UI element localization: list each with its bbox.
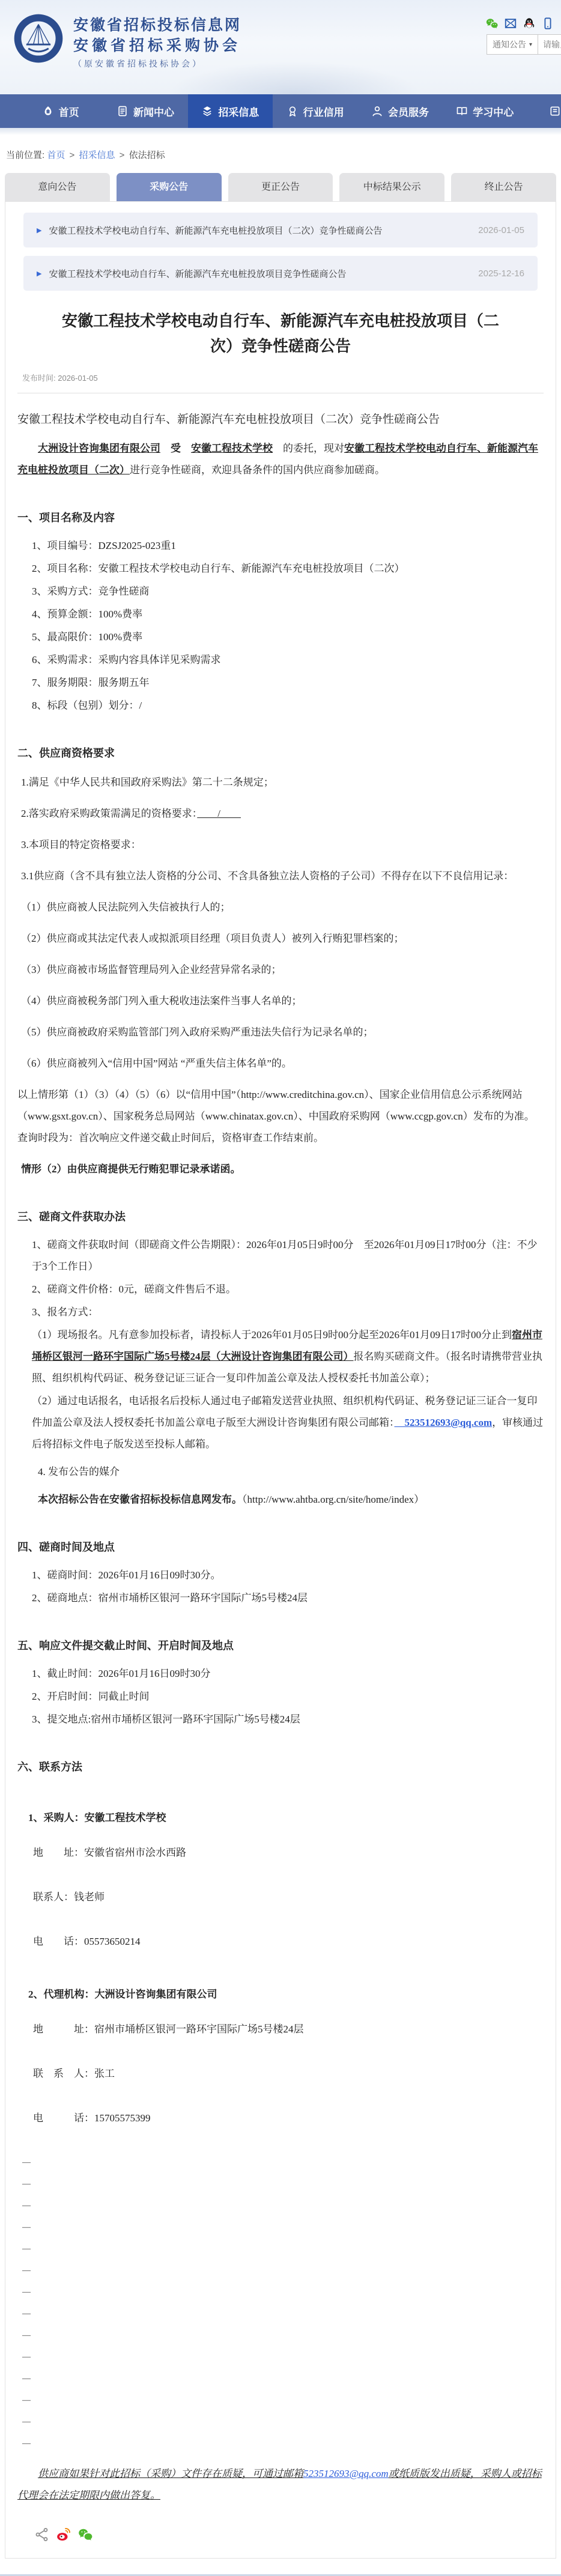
text-segment: （http://www.ahtba.org.cn/site/home/index…	[242, 1494, 424, 1505]
nav-item-home[interactable]: 首页	[18, 94, 103, 128]
nav-shadow	[0, 128, 561, 135]
paragraph: 地 址：宿州市埇桥区银河一路环宇国际广场5号楼24层	[17, 2019, 544, 2040]
list-item[interactable]: ▶安徽工程技术学校电动自行车、新能源汽车充电桩投放项目竞争性磋商公告2025-1…	[23, 256, 538, 291]
main-nav: 首页新闻中心招采信息行业信用会员服务学习中心	[0, 94, 561, 128]
announcement-title: 安徽工程技术学校电动自行车、新能源汽车充电桩投放项目竞争性磋商公告	[49, 267, 469, 280]
paragraph: 供应商如果针对此招标（采购）文件存在质疑，可通过邮箱523512693@qq.c…	[17, 2463, 544, 2506]
text-segment: 6、采购需求：采购内容具体详见采购需求	[32, 654, 221, 665]
text-segment: （2）供应商或其法定代表人或拟派项目经理（项目负责人）被列入行贿犯罪档案的；	[21, 933, 404, 944]
paragraph: 5、最高限价：100%费率	[17, 626, 544, 648]
paragraph: 4. 发布公告的媒介	[17, 1461, 544, 1483]
text-segment: 2、磋商地点：宿州市埇桥区银河一路环宇国际广场5号楼24层	[32, 1592, 308, 1604]
nav-item-news[interactable]: 新闻中心	[103, 94, 187, 128]
paragraph: 1、磋商文件获取时间（即磋商文件公告期限）：2026年01月05日9时00分 至…	[17, 1234, 544, 1277]
text-segment: （1）供应商被人民法院列入失信被执行人的；	[21, 902, 231, 913]
text-segment: 7、服务期限：服务期五年	[32, 677, 150, 688]
announcement-list: ▶安徽工程技术学校电动自行车、新能源汽车充电桩投放项目（二次）竞争性磋商公告20…	[5, 213, 556, 291]
dash-line: —	[17, 2347, 544, 2368]
text-segment: 以上情形第（1）（3）（4）（5）（6）以“信用中国”（http://www.c…	[17, 1089, 535, 1144]
tab-意向公告[interactable]: 意向公告	[5, 173, 110, 201]
text-segment: （6）供应商被列入“信用中国”网站 “严重失信主体名单”的。	[21, 1058, 292, 1069]
paragraph: 7、服务期限：服务期五年	[17, 672, 544, 694]
tab-采购公告[interactable]: 采购公告	[117, 173, 222, 201]
text-segment: 电 话：05573650214	[33, 1936, 141, 1947]
paragraph: 地 址：安徽省宿州市浍水西路	[17, 1842, 544, 1864]
paragraph: （6）供应商被列入“信用中国”网站 “严重失信主体名单”的。	[17, 1053, 544, 1074]
paragraph: 1、采购人：安徽工程技术学校	[17, 1807, 544, 1829]
text-segment: （5）供应商被政府采购监管部门列入政府采购严重违法失信行为记录名单的；	[21, 1026, 374, 1038]
text-segment: 安徽工程技术学校	[191, 443, 273, 454]
mobile-icon[interactable]	[541, 17, 554, 30]
search-category-value: 通知公告	[493, 38, 526, 50]
text-segment: 1、磋商文件获取时间（即磋商文件公告期限）：2026年01月05日9时00分 至…	[32, 1239, 538, 1272]
paragraph: 情形（2）由供应商提供无行贿犯罪记录承诺函。	[17, 1159, 544, 1180]
paragraph: 1.满足《中华人民共和国政府采购法》第二十二条规定；	[17, 772, 544, 793]
news-icon	[117, 105, 129, 117]
mail-icon[interactable]	[504, 17, 517, 30]
announcement-date: 2026-01-05	[478, 225, 524, 235]
wechat-icon[interactable]	[485, 17, 499, 30]
text-segment: 2、项目名称：安徽工程技术学校电动自行车、新能源汽车充电桩投放项目（二次）	[32, 563, 405, 574]
paragraph: 2、磋商文件价格：0元，磋商文件售后不退。	[17, 1279, 544, 1300]
nav-item-member[interactable]: 会员服务	[357, 94, 442, 128]
paragraph: 3.本项目的特定资格要求：	[17, 834, 544, 856]
article: 安徽工程技术学校电动自行车、新能源汽车充电桩投放项目（二次）竞争性磋商公告 发布…	[5, 309, 556, 2542]
section-heading: 一、项目名称及内容	[17, 509, 544, 527]
section-heading: 二、供应商资格要求	[17, 744, 544, 762]
content-panel: ▶安徽工程技术学校电动自行车、新能源汽车充电桩投放项目（二次）竞争性磋商公告20…	[5, 201, 556, 2559]
paragraph: 2、项目名称：安徽工程技术学校电动自行车、新能源汽车充电桩投放项目（二次）	[17, 558, 544, 580]
text-segment: 地 址：安徽省宿州市浍水西路	[33, 1847, 186, 1858]
publish-time: 发布时间: 2026-01-05	[22, 372, 544, 383]
site-titles: 安徽省招标投标信息网 安徽省招标采购协会 （原安徽省招标投标协会）	[73, 15, 241, 71]
email-link[interactable]: 523512693@qq.com	[303, 2468, 389, 2479]
paragraph: 电 话：05573650214	[17, 1931, 544, 1953]
weibo-icon[interactable]	[56, 2527, 71, 2542]
share-row	[17, 2506, 544, 2542]
dash-line: —	[17, 2390, 544, 2411]
paragraph: 本次招标公告在安徽省招标投标信息网发布。（http://www.ahtba.or…	[17, 1489, 544, 1511]
dash-line: —	[17, 2195, 544, 2217]
text-segment: 四、磋商时间及地点	[17, 1541, 115, 1553]
home-icon	[42, 105, 54, 117]
paragraph: （3）供应商被市场监督管理局列入企业经营异常名录的；	[17, 959, 544, 981]
text-segment: 4、预算金额：100%费率	[32, 608, 142, 620]
dash-line: —	[17, 2303, 544, 2325]
list-item[interactable]: ▶安徽工程技术学校电动自行车、新能源汽车充电桩投放项目（二次）竞争性磋商公告20…	[23, 213, 538, 247]
dash-line: —	[17, 2282, 544, 2303]
site-title-line3: （原安徽省招标投标协会）	[73, 56, 241, 71]
text-segment: 本次招标公告在安徽省招标投标信息网发布。	[38, 1494, 242, 1505]
paragraph: 1、磋商时间：2026年01月16日09时30分。	[17, 1565, 544, 1586]
article-body: 安徽工程技术学校电动自行车、新能源汽车充电桩投放项目（二次）竞争性磋商公告大洲设…	[17, 409, 544, 2506]
text-segment: 2、代理机构：大洲设计咨询集团有限公司	[28, 1989, 217, 2000]
dash-line: —	[17, 2411, 544, 2433]
text-segment: 大洲设计咨询集团有限公司	[38, 443, 160, 454]
paragraph: 电 话：15705575399	[17, 2108, 544, 2129]
site-header: 安徽省招标投标信息网 安徽省招标采购协会 （原安徽省招标投标协会） 通知公告 ▾	[0, 0, 561, 94]
announcement-title: 安徽工程技术学校电动自行车、新能源汽车充电桩投放项目（二次）竞争性磋商公告	[49, 224, 469, 237]
paragraph: 1、截止时间：2026年01月16日09时30分	[17, 1663, 544, 1685]
search-input[interactable]	[538, 34, 561, 55]
text-segment: 1、截止时间：2026年01月16日09时30分	[32, 1668, 211, 1679]
member-icon	[371, 105, 383, 117]
nav-item-label: 首页	[59, 104, 79, 119]
bidding-icon	[201, 105, 213, 117]
text-segment: 一、项目名称及内容	[17, 512, 115, 524]
dash-line: —	[17, 2368, 544, 2390]
paragraph: 1、项目编号：DZSJ2025-023重1	[17, 535, 544, 557]
paragraph: （1）现场报名。凡有意参加投标者，请投标人于2026年01月05日9时00分起至…	[17, 1324, 544, 1389]
site-title-line1: 安徽省招标投标信息网	[73, 15, 241, 35]
breadcrumb-separator: >	[70, 150, 75, 160]
paragraph: 8、标段（包别）划分：/	[17, 695, 544, 717]
paragraph: 联 系 人：张工	[17, 2063, 544, 2085]
section-heading: 五、响应文件提交截止时间、开启时间及地点	[17, 1637, 544, 1655]
text-segment: 3.1供应商（含不具有独立法人资格的分公司、不含具备独立法人资格的子公司）不得存…	[21, 870, 514, 882]
partial-nav-icon	[527, 94, 561, 128]
search-category-select[interactable]: 通知公告 ▾	[487, 34, 538, 55]
text-segment: 2.落实政府采购政策需满足的资格要求：	[21, 808, 197, 819]
chevron-down-icon: ▾	[529, 41, 532, 48]
section-heading: 四、磋商时间及地点	[17, 1538, 544, 1556]
text-segment: 3、提交地点:宿州市埇桥区银河一路环宇国际广场5号楼24层	[32, 1714, 300, 1725]
association-logo	[13, 13, 64, 67]
tab-终止公告[interactable]: 终止公告	[451, 173, 556, 201]
text-segment: 安徽工程技术学校电动自行车、新能源汽车充电桩投放项目（二次）竞争性磋商公告	[17, 413, 440, 426]
text-segment: 三、磋商文件获取办法	[17, 1211, 126, 1223]
paragraph: （4）供应商被税务部门列入重大税收违法案件当事人名单的；	[17, 990, 544, 1012]
text-segment: 2、磋商文件价格：0元，磋商文件售后不退。	[32, 1283, 236, 1295]
text-segment: 二、供应商资格要求	[17, 747, 115, 759]
breadcrumb: 当前位置: 首页 > 招采信息 > 依法招标	[0, 135, 561, 173]
paragraph: （1）供应商被人民法院列入失信被执行人的；	[17, 897, 544, 918]
credit-icon	[287, 105, 299, 117]
search-row: 通知公告 ▾	[487, 34, 561, 55]
divider	[17, 393, 544, 393]
wechat-share-icon[interactable]	[77, 2527, 93, 2542]
paragraph: 大洲设计咨询集团有限公司 受 安徽工程技术学校 的委托，现对安徽工程技术学校电动…	[17, 438, 544, 481]
arrow-right-icon: ▶	[37, 226, 41, 234]
paragraph: 2、开启时间：同截止时间	[17, 1686, 544, 1708]
nav-item-label: 行业信用	[303, 104, 344, 119]
paragraph: 3、提交地点:宿州市埇桥区银河一路环宇国际广场5号楼24层	[17, 1709, 544, 1730]
announcement-date: 2025-12-16	[478, 268, 524, 279]
breadcrumb-current: 依法招标	[129, 150, 165, 160]
text-segment: 8、标段（包别）划分：/	[32, 700, 142, 711]
breadcrumb-home-link[interactable]: 首页	[47, 150, 65, 160]
email-link[interactable]: 523512693@qq.com	[395, 1417, 493, 1428]
dash-line: —	[17, 2217, 544, 2238]
publish-label: 发布时间:	[22, 374, 58, 383]
text-segment: 1.满足《中华人民共和国政府采购法》第二十二条规定；	[21, 777, 274, 788]
paragraph: 联系人：钱老师	[17, 1887, 544, 1908]
section-heading: 六、联系方法	[17, 1758, 544, 1776]
text-segment: 五、响应文件提交截止时间、开启时间及地点	[17, 1640, 234, 1652]
nav-item-label: 新闻中心	[133, 104, 174, 119]
arrow-right-icon: ▶	[37, 270, 41, 277]
text-segment: 1、磋商时间：2026年01月16日09时30分。	[32, 1569, 221, 1581]
dash-line: —	[17, 2260, 544, 2282]
text-segment: 的委托，现对	[273, 443, 344, 454]
nav-item-study[interactable]: 学习中心	[443, 94, 527, 128]
dash-line: —	[17, 2238, 544, 2260]
text-segment: 情形（2）由供应商提供无行贿犯罪记录承诺函。	[21, 1163, 241, 1175]
tab-中标结果公示[interactable]: 中标结果公示	[339, 173, 444, 201]
text-segment: 地 址：宿州市埇桥区银河一路环宇国际广场5号楼24层	[33, 2023, 304, 2035]
qq-icon[interactable]	[523, 17, 536, 30]
text-segment: 3.本项目的特定资格要求：	[21, 839, 141, 850]
dash-line: —	[17, 2174, 544, 2195]
paragraph: （2）供应商或其法定代表人或拟派项目经理（项目负责人）被列入行贿犯罪档案的；	[17, 928, 544, 950]
share-nodes-icon[interactable]	[34, 2527, 50, 2542]
dash-line: —	[17, 2433, 544, 2455]
paragraph: 3、报名方式：	[17, 1302, 544, 1323]
dash-line: —	[17, 2325, 544, 2347]
text-segment: （1）现场报名。凡有意参加投标者，请投标人于2026年01月05日9时00分起至…	[32, 1329, 512, 1341]
text-segment: （3）供应商被市场监督管理局列入企业经营异常名录的；	[21, 964, 282, 975]
text-segment: 电 话：15705575399	[33, 2112, 151, 2124]
text-segment: 3、报名方式：	[32, 1306, 99, 1318]
breadcrumb-label: 当前位置:	[6, 150, 47, 160]
text-segment: 2、开启时间：同截止时间	[32, 1691, 150, 1702]
nav-item-bidding[interactable]: 招采信息	[188, 94, 273, 128]
paragraph: 2、磋商地点：宿州市埇桥区银河一路环宇国际广场5号楼24层	[17, 1587, 544, 1609]
paragraph: （5）供应商被政府采购监管部门列入政府采购严重违法失信行为记录名单的；	[17, 1022, 544, 1043]
breadcrumb-section-link[interactable]: 招采信息	[79, 150, 115, 160]
paragraph: 3、采购方式：竞争性磋商	[17, 581, 544, 602]
page: 安徽省招标投标信息网 安徽省招标采购协会 （原安徽省招标投标协会） 通知公告 ▾…	[0, 0, 561, 2576]
dash-line: —	[17, 2152, 544, 2174]
text-segment: 1、项目编号：DZSJ2025-023重1	[32, 540, 176, 551]
quick-icons	[485, 17, 554, 30]
text-segment: 六、联系方法	[17, 1761, 82, 1773]
text-segment: （4）供应商被税务部门列入重大税收违法案件当事人名单的；	[21, 995, 302, 1007]
paragraph: 3.1供应商（含不具有独立法人资格的分公司、不含具备独立法人资格的子公司）不得存…	[17, 865, 544, 887]
text-segment: 联 系 人：张工	[33, 2068, 115, 2079]
paragraph: 2、代理机构：大洲设计咨询集团有限公司	[17, 1984, 544, 2005]
site-title-line2: 安徽省招标采购协会	[73, 35, 241, 56]
text-segment: 联系人：钱老师	[33, 1891, 105, 1903]
publish-date: 2026-01-05	[58, 374, 98, 383]
text-segment: 进行竞争性磋商，欢迎具备条件的国内供应商参加磋商。	[130, 464, 385, 476]
breadcrumb-separator: >	[120, 150, 125, 160]
page-title: 安徽工程技术学校电动自行车、新能源汽车充电桩投放项目（二次）竞争性磋商公告	[53, 309, 508, 359]
paragraph: 2.落实政府采购政策需满足的资格要求： /	[17, 803, 544, 825]
nav-item-credit[interactable]: 行业信用	[273, 94, 357, 128]
study-icon	[456, 105, 468, 117]
paragraph: 以上情形第（1）（3）（4）（5）（6）以“信用中国”（http://www.c…	[17, 1084, 544, 1149]
paragraph: 4、预算金额：100%费率	[17, 604, 544, 625]
text-segment: 3、采购方式：竞争性磋商	[32, 586, 150, 597]
category-tabs: 意向公告采购公告更正公告中标结果公示终止公告	[0, 173, 561, 201]
nav-item-label: 会员服务	[388, 104, 429, 119]
text-segment: 4. 发布公告的媒介	[38, 1466, 120, 1477]
section-heading: 三、磋商文件获取办法	[17, 1208, 544, 1226]
nav-item-label: 学习中心	[473, 104, 514, 119]
nav-item-label: 招采信息	[218, 104, 259, 119]
text-segment: 5、最高限价：100%费率	[32, 631, 142, 643]
paragraph: 6、采购需求：采购内容具体详见采购需求	[17, 649, 544, 671]
tab-更正公告[interactable]: 更正公告	[228, 173, 333, 201]
text-segment: 供应商如果针对此招标（采购）文件存在质疑，可通过邮箱	[38, 2468, 303, 2479]
paragraph: 安徽工程技术学校电动自行车、新能源汽车充电桩投放项目（二次）竞争性磋商公告	[17, 409, 544, 431]
text-segment: /	[197, 808, 241, 819]
text-segment: 1、采购人：安徽工程技术学校	[28, 1812, 166, 1823]
paragraph: （2）通过电话报名，电话报名后投标人通过电子邮箱发送营业执照、组织机构代码证、税…	[17, 1390, 544, 1455]
text-segment: 受	[160, 443, 191, 454]
